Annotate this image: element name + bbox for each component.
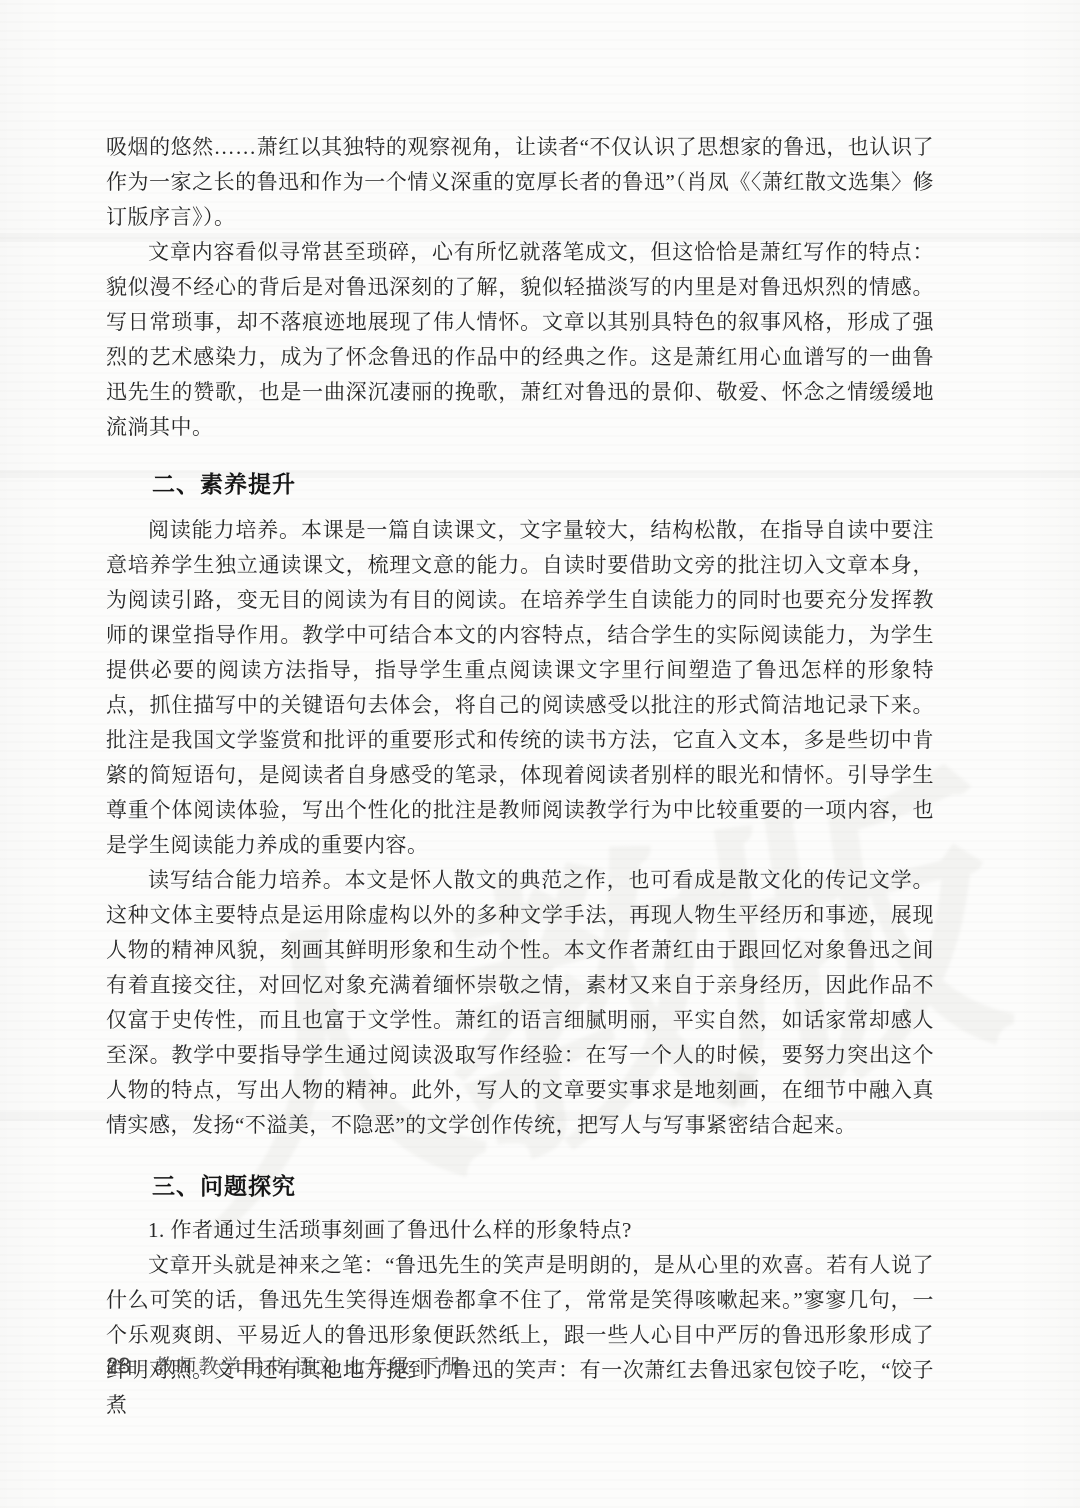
paragraph-answer-1: 文章开头就是神来之笔：“鲁迅先生的笑声是明朗的，是从心里的欢喜。若有人说了什么可… (106, 1248, 934, 1423)
section-heading-question-inquiry: 三、问题探究 (106, 1169, 934, 1205)
paragraph-intro-continuation: 吸烟的悠然……萧红以其独特的观察视角，让读者“不仅认识了思想家的鲁迅，也认识了作… (106, 130, 934, 235)
paragraph-reading-writing: 读写结合能力培养。本文是怀人散文的典范之作，也可看成是散文化的传记文学。这种文体… (106, 863, 934, 1143)
paragraph-article-summary: 文章内容看似寻常甚至琐碎，心有所忆就落笔成文，但这恰恰是萧红写作的特点：貌似漫不… (106, 235, 934, 445)
book-title-footer: 教师教学用书 语文 七年级 下册 (154, 1350, 463, 1379)
book-page: 人教版 吸烟的悠然……萧红以其独特的观察视角，让读者“不仅认识了思想家的鲁迅，也… (0, 0, 1080, 1508)
page-footer: 28 教师教学用书 语文 七年级 下册 (106, 1350, 934, 1379)
page-number: 28 (106, 1353, 130, 1379)
question-item-1: 1. 作者通过生活琐事刻画了鲁迅什么样的形象特点? (106, 1213, 934, 1248)
section-heading-competence: 二、素养提升 (106, 467, 934, 503)
page-text-block: 吸烟的悠然……萧红以其独特的观察视角，让读者“不仅认识了思想家的鲁迅，也认识了作… (106, 130, 934, 1423)
paragraph-reading-ability: 阅读能力培养。本课是一篇自读课文，文字量较大，结构松散，在指导自读中要注意培养学… (106, 513, 934, 863)
